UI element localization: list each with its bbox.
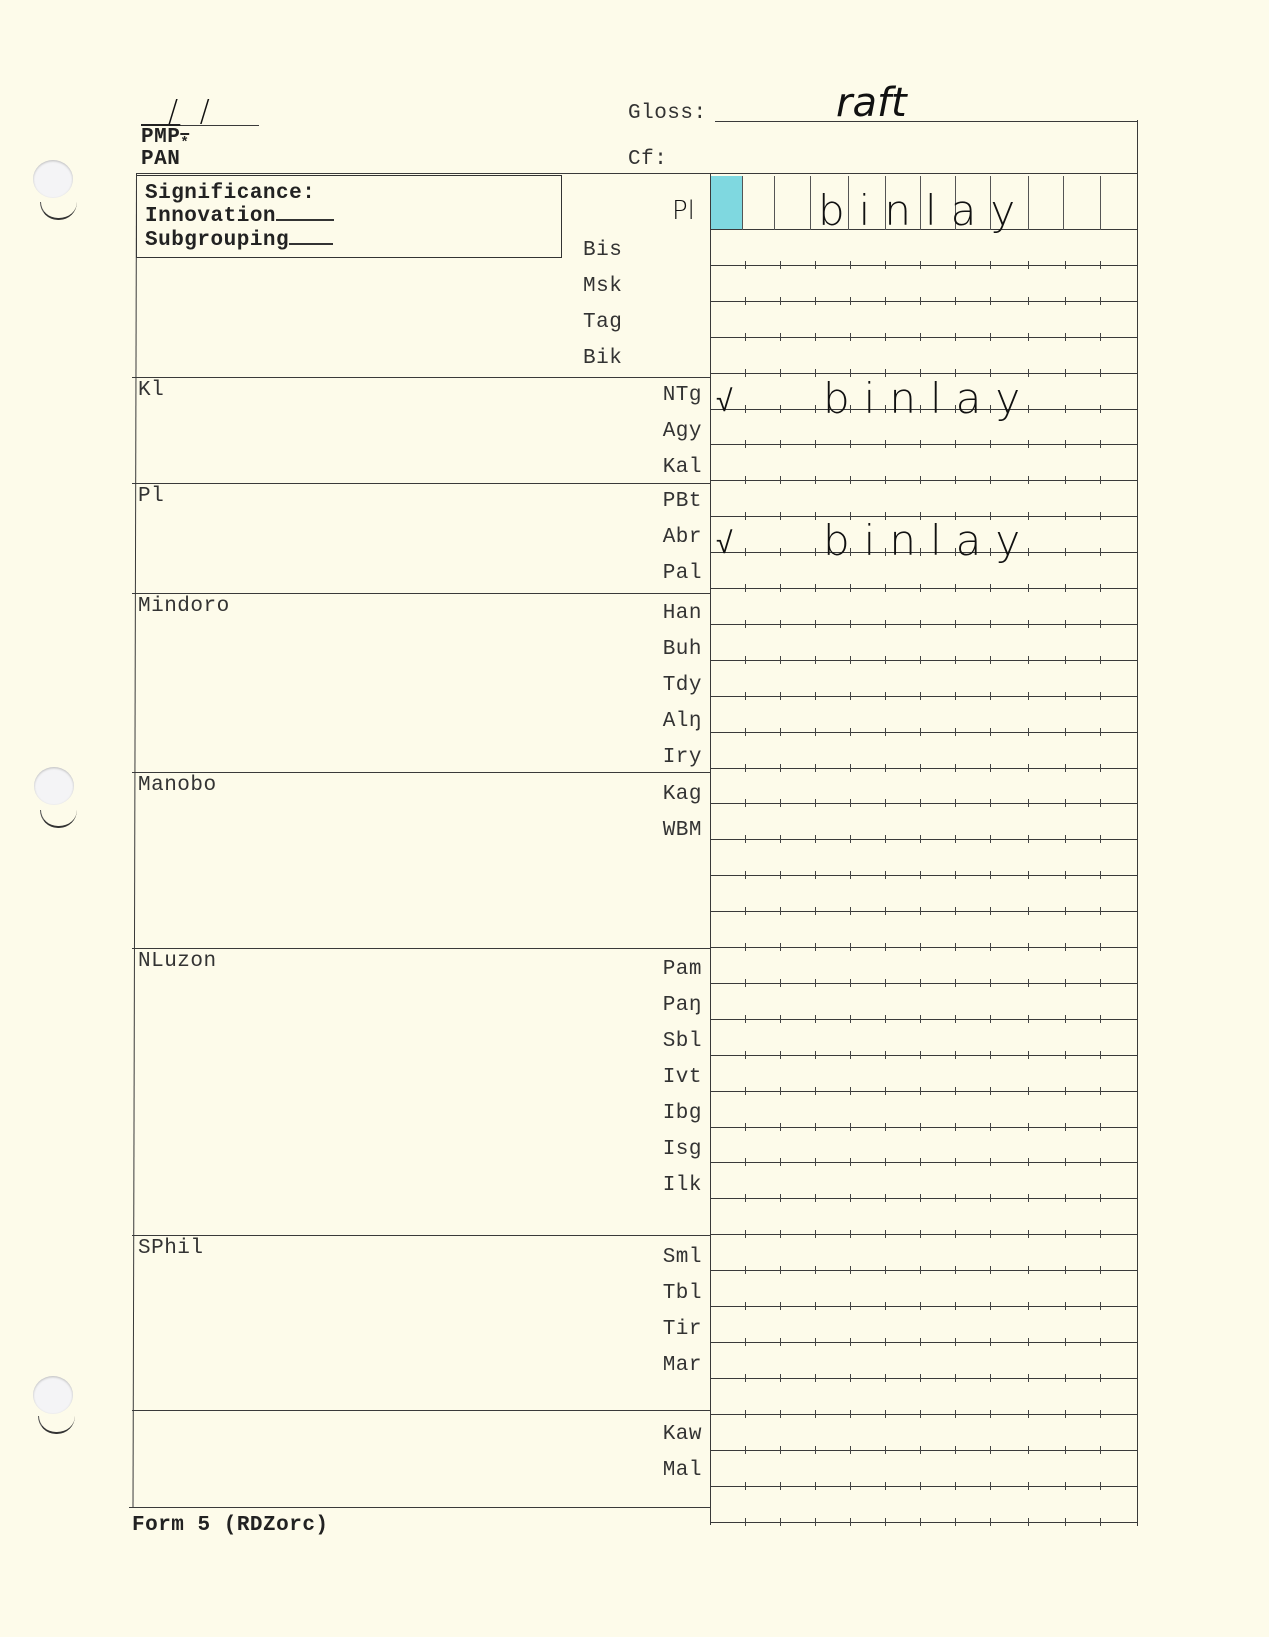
check-mark-icon: √: [716, 526, 732, 561]
group-name: NLuzon: [138, 950, 217, 973]
language-label: PBt: [590, 490, 702, 513]
binder-hole-top: [33, 160, 73, 198]
language-label: Tag: [583, 311, 622, 334]
binder-hole-bottom: [33, 1376, 73, 1414]
binder-hole-shadow-bottom: [38, 1416, 75, 1434]
group-name: Mindoro: [138, 595, 230, 618]
group-divider: [132, 772, 711, 773]
language-label: Msk: [583, 275, 622, 298]
language-label: Kal: [590, 456, 702, 479]
language-label: Mal: [590, 1459, 702, 1482]
form-bottom-border: [129, 1507, 711, 1508]
cf-label: Cf:: [628, 148, 667, 171]
language-label: Isg: [590, 1138, 702, 1161]
group-divider: [132, 483, 711, 484]
binder-hole-shadow-top: [40, 202, 77, 220]
group-name: SPhil: [138, 1237, 204, 1260]
group-name: Manobo: [138, 774, 217, 797]
form-top-border: [136, 173, 1138, 174]
pan-row-cell-divider: [774, 176, 775, 230]
binder-hole-shadow-middle: [40, 810, 77, 828]
language-label: Iry: [590, 746, 702, 769]
grid-divider: [710, 173, 711, 1525]
group-divider: [132, 1235, 711, 1236]
language-label: Ivt: [590, 1066, 702, 1089]
language-label: Tir: [590, 1318, 702, 1341]
pan-row-cell-divider: [742, 176, 743, 230]
language-label: Agy: [590, 420, 702, 443]
language-label: Tdy: [590, 674, 702, 697]
group-divider: [132, 593, 711, 594]
language-label: Abr: [590, 526, 702, 549]
pan-label: PAN: [141, 148, 180, 171]
language-label: Kaw: [590, 1423, 702, 1446]
language-label: Han: [590, 602, 702, 625]
group-name: Kl: [138, 379, 164, 402]
language-label: Buh: [590, 638, 702, 661]
language-label: Kag: [590, 783, 702, 806]
gloss-value[interactable]: raft: [836, 80, 907, 126]
pan-row-highlight-cell[interactable]: [711, 176, 742, 230]
language-label: Tbl: [590, 1282, 702, 1305]
language-label: Bik: [583, 347, 622, 370]
group-divider: [132, 377, 711, 378]
language-label: Pal: [590, 562, 702, 585]
group-divider: [132, 948, 711, 949]
check-mark-icon: √: [716, 384, 732, 419]
binder-hole-middle: [34, 767, 74, 805]
language-label: Paŋ: [590, 994, 702, 1017]
language-label: Mar: [590, 1354, 702, 1377]
subgrouping-field[interactable]: Subgrouping: [145, 229, 333, 252]
pan-row-form[interactable]: binlay: [818, 186, 1029, 235]
group-divider: [132, 1410, 711, 1411]
group-name: Pl: [138, 485, 164, 508]
innovation-field[interactable]: Innovation: [145, 205, 334, 228]
significance-title: Significance:: [145, 182, 315, 205]
pan-row-label: Pl: [672, 196, 695, 226]
date-marks: / /: [168, 94, 216, 129]
entry-form: binlay: [823, 516, 1034, 565]
pmp-marker: *: [180, 135, 189, 151]
language-label: WBM: [590, 819, 702, 842]
entry-form: binlay: [823, 374, 1034, 423]
pan-row-cell-divider: [1100, 176, 1101, 230]
language-label: Sml: [590, 1246, 702, 1269]
language-label: Pam: [590, 958, 702, 981]
form-right-border: [1137, 120, 1138, 1526]
language-label: NTg: [590, 384, 702, 407]
pan-row-cell-divider: [810, 176, 811, 230]
language-label: Sbl: [590, 1030, 702, 1053]
gloss-label: Gloss:: [628, 102, 707, 125]
form-left-border: [133, 173, 137, 1508]
form-footer-label: Form 5 (RDZorc): [132, 1514, 329, 1537]
language-label: Ibg: [590, 1102, 702, 1125]
language-label: Alŋ: [590, 710, 702, 733]
language-label: Bis: [583, 239, 622, 262]
gloss-field-line: [715, 121, 1138, 122]
pan-row-cell-divider: [1063, 176, 1064, 230]
language-label: Ilk: [590, 1174, 702, 1197]
